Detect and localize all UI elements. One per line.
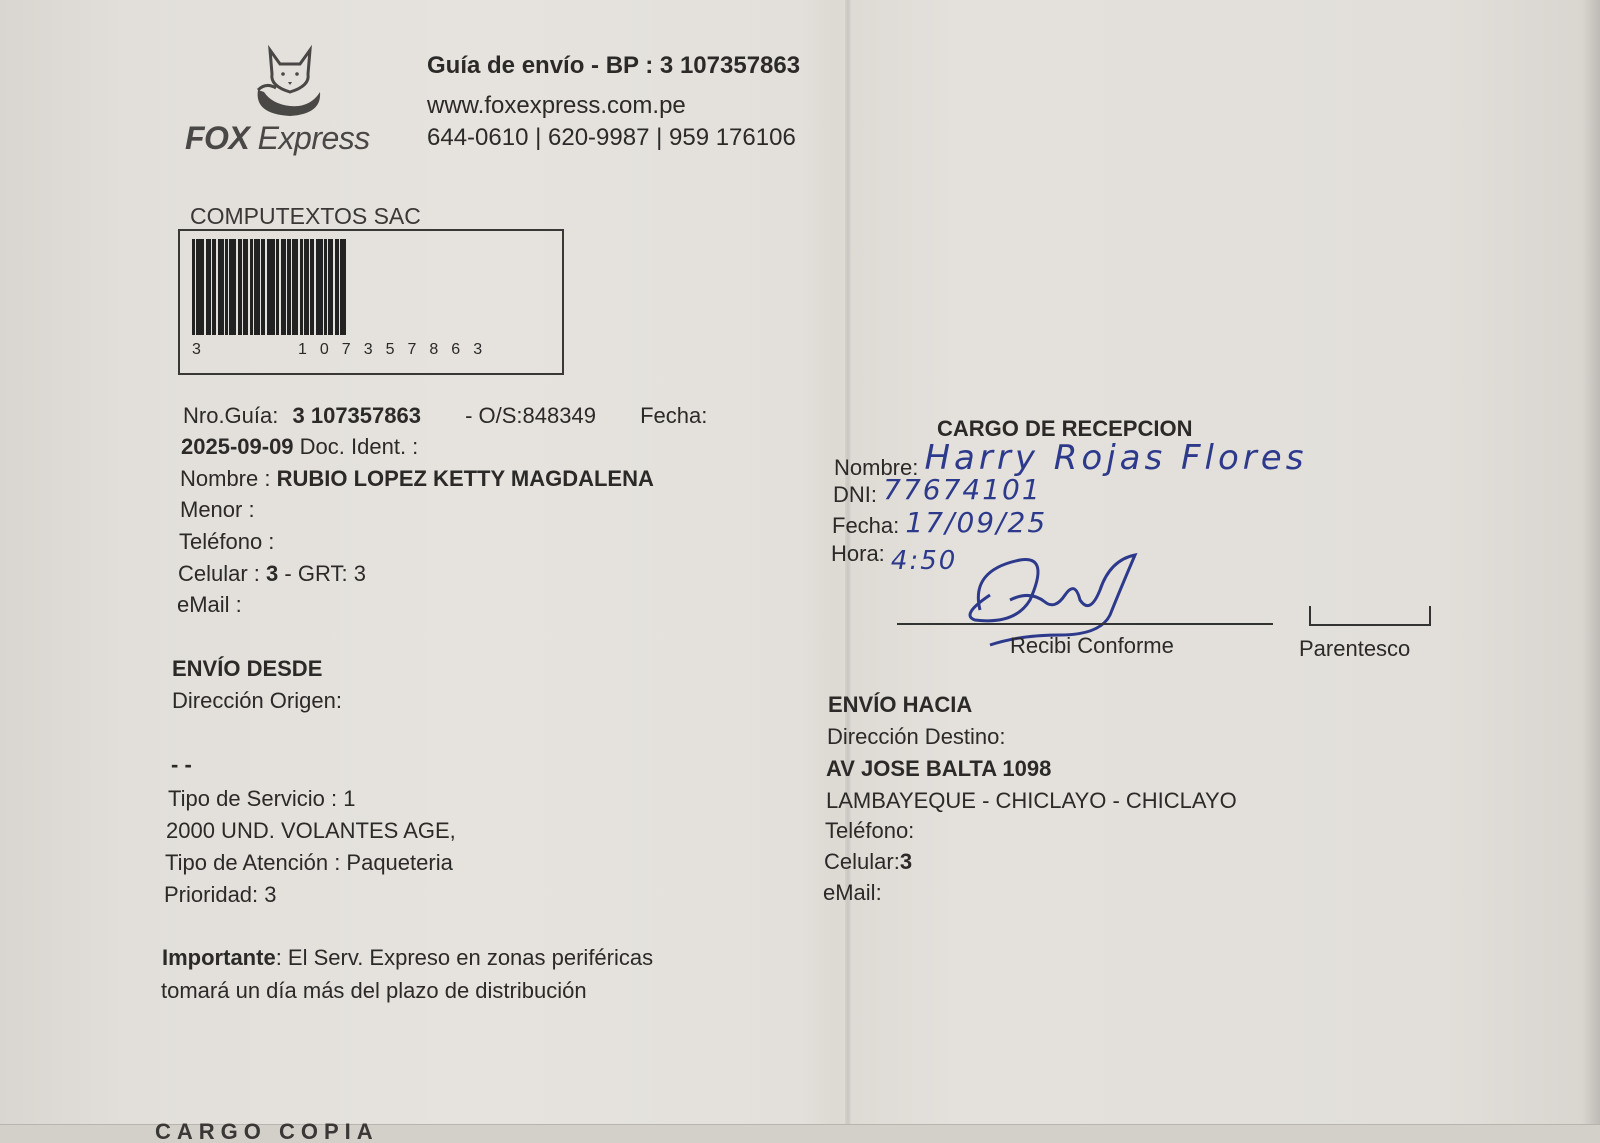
- guide-date: 2025-09-09: [181, 434, 294, 459]
- brand-name: FOX Express: [185, 120, 370, 157]
- receiver-name: Harry Rojas Flores: [924, 438, 1307, 478]
- sender-company: COMPUTEXTOS SAC: [190, 203, 421, 230]
- destination-phone-label: Teléfono:: [825, 818, 914, 844]
- footer-partial-text: CARGO COPIA: [155, 1119, 379, 1143]
- service-type: Tipo de Servicio : 1: [168, 786, 356, 812]
- reception-dni-row: DNI: 77674101: [833, 476, 1042, 509]
- origin-address-label: Dirección Origen:: [172, 688, 342, 714]
- priority: Prioridad: 3: [164, 882, 277, 908]
- barcode-number: 107357863: [298, 341, 495, 359]
- destination-location: LAMBAYEQUE - CHICLAYO - CHICLAYO: [826, 788, 1237, 814]
- signature-label: Recibi Conforme: [1010, 633, 1174, 659]
- torn-bottom-edge: CARGO COPIA: [0, 1124, 1600, 1143]
- parentesco-field: [1309, 606, 1431, 626]
- paper-edge-shadow: [1582, 0, 1600, 1143]
- reception-date: 17/09/25: [905, 506, 1047, 539]
- destination-address-label: Dirección Destino:: [827, 724, 1006, 750]
- email-label: eMail :: [177, 592, 242, 618]
- origin-address-value: - -: [171, 752, 192, 778]
- important-notice-line2: tomará un día más del plazo de distribuc…: [161, 978, 587, 1004]
- fox-express-logo: FOX Express: [185, 42, 405, 162]
- celular-row: Celular : 3 - GRT: 3: [178, 561, 366, 587]
- destination-celular-row: Celular:3: [824, 849, 912, 875]
- guide-title: Guía de envío - BP : 3 107357863: [427, 52, 800, 80]
- destination-title: ENVÍO HACIA: [828, 692, 972, 718]
- barcode-bars: [192, 239, 550, 335]
- destination-address: AV JOSE BALTA 1098: [826, 756, 1051, 782]
- receiver-dni: 77674101: [883, 473, 1042, 506]
- barcode-prefix: 3: [192, 341, 214, 359]
- reception-time-row: Hora: 4:50: [831, 538, 957, 568]
- signature-line: [897, 623, 1273, 625]
- guide-number-row: Nro.Guía: 3 107357863 - O/S:848349 Fecha…: [183, 403, 707, 429]
- parentesco-label: Parentesco: [1299, 636, 1410, 662]
- important-notice: Importante: El Serv. Expreso en zonas pe…: [162, 945, 653, 971]
- origin-title: ENVÍO DESDE: [172, 656, 322, 682]
- reception-time: 4:50: [891, 546, 957, 576]
- menor-label: Menor :: [180, 497, 255, 523]
- date-row: 2025-09-09 Doc. Ident. :: [181, 434, 418, 460]
- phone-numbers: 644-0610 | 620-9987 | 959 176106: [427, 124, 796, 152]
- paper-fold: [845, 0, 851, 1143]
- attention-type: Tipo de Atención : Paqueteria: [165, 850, 453, 876]
- barcode: 3 107357863: [178, 229, 564, 375]
- sender-name: RUBIO LOPEZ KETTY MAGDALENA: [277, 466, 654, 491]
- fox-icon: [250, 42, 330, 120]
- telefono-label: Teléfono :: [179, 529, 274, 555]
- guide-number: 3 107357863: [293, 403, 421, 428]
- destination-email-label: eMail:: [823, 880, 882, 906]
- sender-name-row: Nombre : RUBIO LOPEZ KETTY MAGDALENA: [180, 466, 654, 492]
- order-service: - O/S:848349: [465, 403, 596, 428]
- reception-date-row: Fecha: 17/09/25: [832, 507, 1047, 540]
- website: www.foxexpress.com.pe: [427, 92, 686, 120]
- package-description: 2000 UND. VOLANTES AGE,: [166, 818, 456, 844]
